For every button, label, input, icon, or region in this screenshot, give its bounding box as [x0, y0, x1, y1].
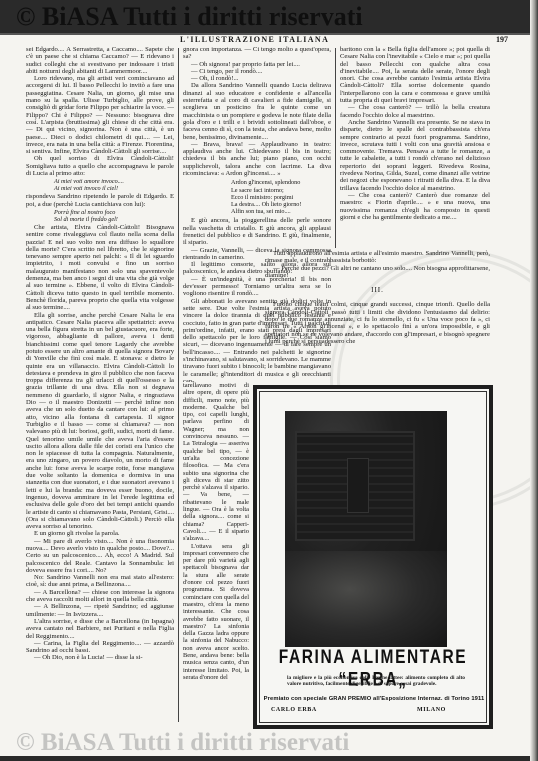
paragraph: — Oh, il rondò!... — [183, 75, 331, 82]
advertisement-maker: CARLO ERBA — [271, 707, 317, 713]
paragraph: gnora con importanza. — Ci tengo molto a… — [183, 46, 331, 61]
text-column-3: baritono con la « Bella figlia dell'amor… — [340, 46, 490, 278]
advertisement-award: Premiato con speciale GRAN PREMIO all'Es… — [259, 696, 489, 702]
bottom-edge — [0, 756, 538, 761]
watermark-banner-top: © BiASA Tutti i diritti riservati — [0, 0, 538, 33]
text-column-2-narrow: tarellavano motivi di altre opere, di op… — [183, 382, 249, 727]
column-divider — [335, 48, 336, 248]
advertisement-farina-erba: FARINA ALIMENTARE “ERBA„ la migliore e l… — [253, 385, 493, 729]
verse-line: Porrà fine al nostro foco — [54, 209, 174, 216]
verse-line: La destra.... Oh lieto giorno! — [231, 201, 331, 208]
paragraph: — A Barcellona? — chiese con interesse l… — [26, 589, 174, 604]
paragraph: rispondeva Sandrino ripetendo le parole … — [26, 193, 174, 208]
verse-block: Ai miei voti amore invoco.... Ai miei vo… — [26, 178, 174, 192]
watermark-text-bottom: © BiASA Tutti i diritti riservati — [16, 729, 349, 757]
text-column-3-wide: Tutti applaudirono all'esimia artista e … — [265, 250, 490, 382]
verse-line: Ai miei voti amore invoco.... — [54, 178, 174, 185]
column-divider — [178, 48, 179, 722]
advertisement-description: la migliore e la più economica delle Far… — [287, 675, 465, 687]
paragraph: baritono con la « Bella figlia dell'amor… — [340, 46, 490, 104]
box-panel — [347, 458, 369, 513]
verse-line: Sol di morte il freddo gel! — [54, 216, 174, 223]
paragraph: — Oh signora! par proprio fatta per lei.… — [183, 61, 331, 68]
advertisement-city: MILANO — [417, 707, 446, 713]
paragraph: Oh quel sorriso di Elvira Càndoli-Càttol… — [26, 155, 174, 177]
paragraph: Ella gli sorrise, anche perchè Cesare Na… — [26, 312, 174, 531]
paragraph: Che artista, Elvira Càndoli-Càttoli! Bis… — [26, 224, 174, 312]
spilled-flour-illustration — [285, 551, 447, 647]
page-number: 197 — [496, 35, 508, 44]
paragraph: sei Edgardo.... A Serrastretta, a Caccam… — [26, 46, 174, 75]
verse-line: Ai miei voti invoco il ciel! — [54, 185, 174, 192]
page-edge-shadow — [530, 0, 538, 761]
paragraph: Anche Sandrino Vannelli era presente. Se… — [340, 119, 490, 192]
paragraph: — Brava, brava! — Applaudivano in teatro… — [183, 141, 331, 177]
verse-line: Ecco il ministro: porgimi — [231, 194, 331, 201]
text-column-1: sei Edgardo.... A Serrastretta, a Caccam… — [26, 46, 174, 723]
advertisement-photo — [285, 411, 447, 647]
paragraph: E giù ancora, la pioggerellina delle per… — [183, 217, 331, 246]
paragraph: No: Sandrino Vannelli non era mai stato … — [26, 574, 174, 589]
verse-block: Porrà fine al nostro foco Sol di morte i… — [26, 209, 174, 223]
running-title: L'ILLUSTRAZIONE ITALIANA — [180, 35, 329, 44]
paragraph: L'ottava sera gli impresari convennero c… — [183, 543, 249, 682]
paragraph: — A Bellinzona, — ripetè Sandrino; ed ag… — [26, 603, 174, 618]
paragraph: — Mi pare di averlo visto.... Non è una … — [26, 538, 174, 574]
paragraph: — Oh Dio, non è la Lucia! — disse la si- — [26, 654, 174, 661]
paragraph: — Perchè due pezzi? Gli altri ne cantano… — [265, 265, 490, 280]
verse-block: Ardon gl'incensi, splendono Le sacre fac… — [183, 179, 331, 215]
paragraph: Loro ridevano, ma gli artisti veri comin… — [26, 75, 174, 155]
magazine-page: © BiASA Tutti i diritti riservati L'ILLU… — [0, 0, 538, 761]
paragraph: Furono cinque teatri colmi, cinque grand… — [265, 301, 490, 345]
verse-line: Le sacre faci intorno; — [231, 187, 331, 194]
paragraph: — Ci tengo, per il rondò.... — [183, 68, 331, 75]
paragraph: — Carina, la Figlia del Reggimento.... —… — [26, 640, 174, 655]
product-box-illustration — [295, 431, 415, 541]
paragraph: Da allora Sandrino Vannelli quando Lucia… — [183, 82, 331, 140]
paragraph: — Che cosa canterò? Canterò due romanze … — [340, 192, 490, 221]
paragraph: — Che cosa canterò? — trillò la bella cr… — [340, 104, 490, 119]
watermark-text-top: © BiASA Tutti i diritti riservati — [16, 2, 363, 32]
verse-line: Alfin son tua, sei mio.... — [231, 208, 331, 215]
paragraph: Tutti applaudirono all'esimia artista e … — [265, 250, 490, 265]
paragraph: L'altra sorrise, e disse che a Barcellon… — [26, 618, 174, 640]
verse-line: Ardon gl'incensi, splendono — [231, 179, 331, 186]
paragraph: tarellavano motivi di altre opere, di op… — [183, 382, 249, 543]
section-number: III. — [265, 287, 490, 294]
paragraph: E un giorno gli rivolse la parola. — [26, 530, 174, 537]
